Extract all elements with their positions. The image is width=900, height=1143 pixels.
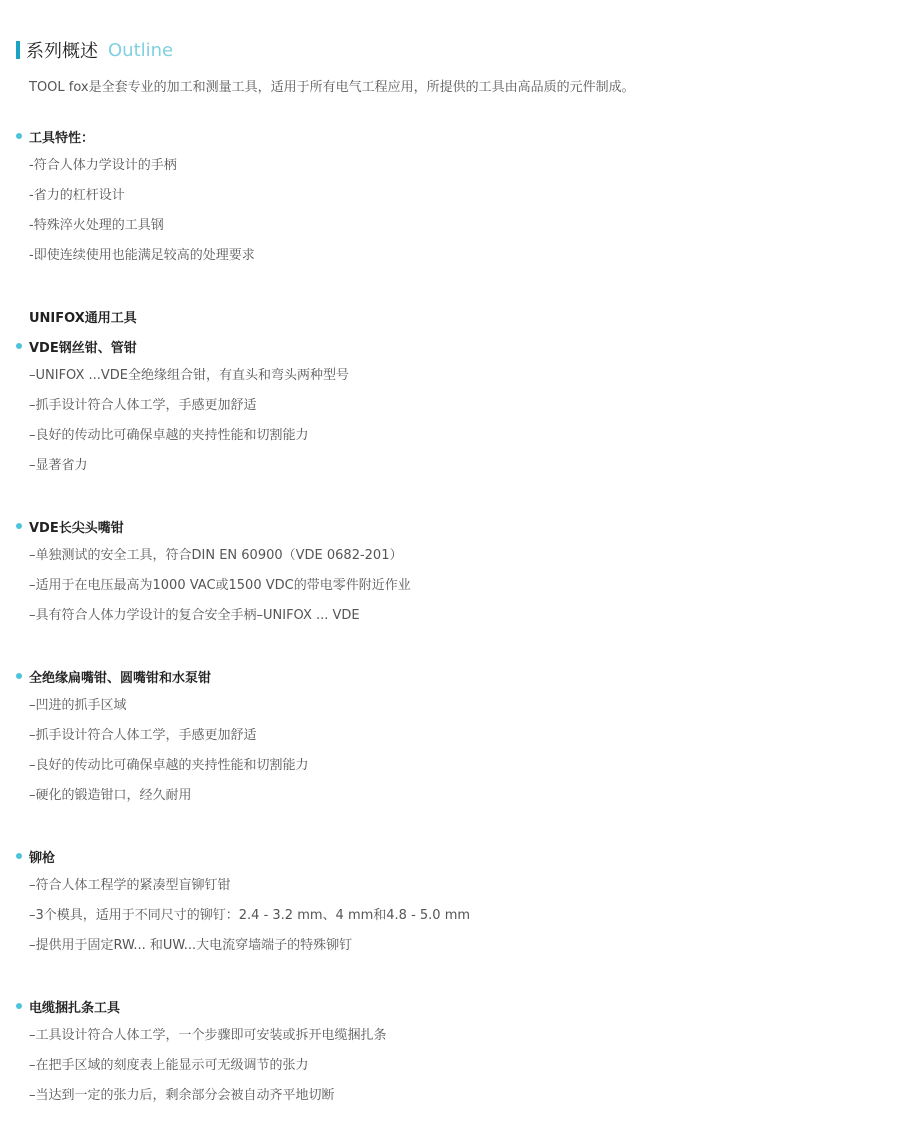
feature-line: -即使连续使用也能满足较高的处理要求	[29, 241, 255, 271]
bullet-dot-icon	[16, 1003, 22, 1009]
feature-line: –具有符合人体力学设计的复合安全手柄–UNIFOX ... VDE	[29, 601, 411, 631]
section-heading: VDE长尖头嘴钳	[16, 516, 411, 536]
feature-line: –适用于在电压最高为1000 VAC或1500 VDC的带电零件附近作业	[29, 571, 411, 601]
feature-line: –当达到一定的张力后，剩余部分会被自动齐平地切断	[29, 1081, 387, 1111]
title-english: Outline	[108, 40, 173, 61]
feature-line: –符合人体工程学的紧凑型盲铆钉钳	[29, 871, 470, 901]
feature-line: –抓手设计符合人体工学，手感更加舒适	[29, 721, 309, 751]
bullet-dot-icon	[16, 673, 22, 679]
section-heading: VDE钢丝钳、管钳	[16, 336, 349, 356]
section-heading-text: 铆枪	[29, 847, 55, 866]
section-rivet-gun: 铆枪 –符合人体工程学的紧凑型盲铆钉钳 –3个模具，适用于不同尺寸的铆钉：2.4…	[16, 846, 470, 961]
section-vde-long-nose: VDE长尖头嘴钳 –单独测试的安全工具，符合DIN EN 60900（VDE 0…	[16, 516, 411, 631]
feature-line: –良好的传动比可确保卓越的夹持性能和切割能力	[29, 751, 309, 781]
feature-line: -特殊淬火处理的工具钢	[29, 211, 255, 241]
section-unifox: UNIFOX通用工具	[16, 306, 137, 326]
section-heading-text: VDE钢丝钳、管钳	[29, 337, 137, 356]
feature-line: -省力的杠杆设计	[29, 181, 255, 211]
section-heading-text: 工具特性：	[29, 127, 94, 146]
section-title: 系列概述 Outline	[16, 38, 173, 62]
bullet-dot-icon	[16, 343, 22, 349]
title-chinese: 系列概述	[26, 37, 98, 63]
feature-line: –显著省力	[29, 451, 349, 481]
feature-line: –良好的传动比可确保卓越的夹持性能和切割能力	[29, 421, 349, 451]
feature-line: –单独测试的安全工具，符合DIN EN 60900（VDE 0682-201）	[29, 541, 411, 571]
section-heading-text: 全绝缘扁嘴钳、圆嘴钳和水泵钳	[29, 667, 211, 686]
section-heading-text: 电缆捆扎条工具	[29, 997, 120, 1016]
feature-line: –提供用于固定RW... 和UW...大电流穿墙端子的特殊铆钉	[29, 931, 470, 961]
section-heading-text: UNIFOX通用工具	[29, 307, 137, 326]
section-insulated-pliers: 全绝缘扁嘴钳、圆嘴钳和水泵钳 –凹进的抓手区域 –抓手设计符合人体工学，手感更加…	[16, 666, 309, 811]
section-cable-tie-tool: 电缆捆扎条工具 –工具设计符合人体工学，一个步骤即可安装或拆开电缆捆扎条 –在把…	[16, 996, 387, 1111]
feature-line: -符合人体力学设计的手柄	[29, 151, 255, 181]
section-vde-pliers: VDE钢丝钳、管钳 –UNIFOX ...VDE全绝缘组合钳，有直头和弯头两种型…	[16, 336, 349, 481]
feature-line: –UNIFOX ...VDE全绝缘组合钳，有直头和弯头两种型号	[29, 361, 349, 391]
section-heading: 全绝缘扁嘴钳、圆嘴钳和水泵钳	[16, 666, 309, 686]
bullet-dot-icon	[16, 853, 22, 859]
bullet-dot-icon	[16, 133, 22, 139]
section-heading: 工具特性：	[16, 126, 255, 146]
feature-line: –3个模具，适用于不同尺寸的铆钉：2.4 - 3.2 mm、4 mm和4.8 -…	[29, 901, 470, 931]
section-heading: 铆枪	[16, 846, 470, 866]
feature-line: –在把手区域的刻度表上能显示可无级调节的张力	[29, 1051, 387, 1081]
section-heading-text: VDE长尖头嘴钳	[29, 517, 124, 536]
bullet-dot-icon	[16, 523, 22, 529]
section-heading: 电缆捆扎条工具	[16, 996, 387, 1016]
section-tool-features: 工具特性： -符合人体力学设计的手柄 -省力的杠杆设计 -特殊淬火处理的工具钢 …	[16, 126, 255, 271]
feature-line: –抓手设计符合人体工学，手感更加舒适	[29, 391, 349, 421]
feature-line: –硬化的锻造钳口，经久耐用	[29, 781, 309, 811]
title-accent-bar	[16, 41, 20, 59]
intro-paragraph: TOOL fox是全套专业的加工和测量工具，适用于所有电气工程应用，所提供的工具…	[29, 78, 635, 98]
feature-line: –工具设计符合人体工学，一个步骤即可安装或拆开电缆捆扎条	[29, 1021, 387, 1051]
section-heading: UNIFOX通用工具	[29, 306, 137, 326]
feature-line: –凹进的抓手区域	[29, 691, 309, 721]
